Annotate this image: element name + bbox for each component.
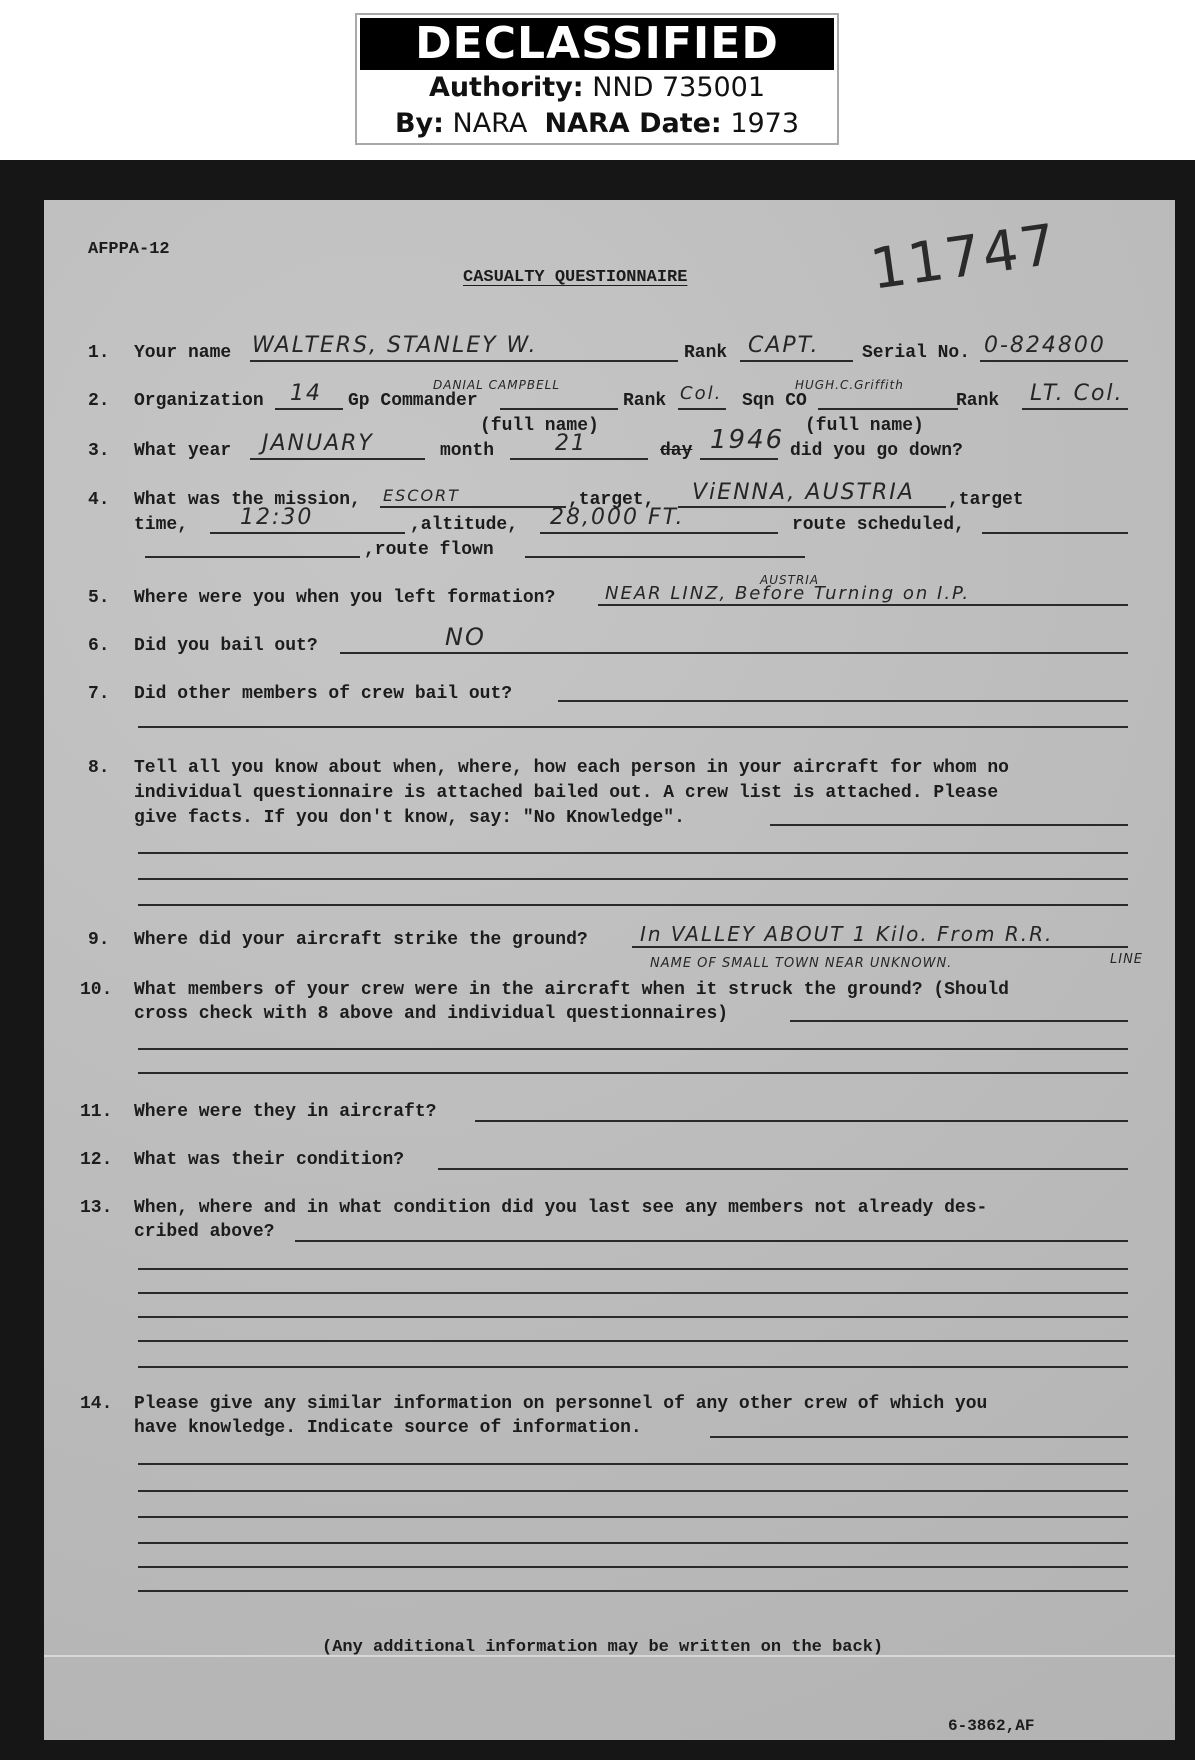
q3-day-line bbox=[700, 458, 778, 460]
q2-gp-commander-line bbox=[500, 408, 618, 410]
q13-text-line-2: cribed above? bbox=[134, 1222, 274, 1242]
q4-route-scheduled-line[interactable] bbox=[982, 532, 1128, 534]
q4-altitude-line bbox=[540, 532, 778, 534]
q10-text-line-2: cross check with 8 above and individual … bbox=[134, 1004, 728, 1024]
q4-altitude-label: ,altitude, bbox=[410, 515, 518, 535]
q14-line-1[interactable] bbox=[710, 1436, 1128, 1438]
q3-year-label: What year bbox=[134, 441, 231, 461]
q2-sqn-rank-value[interactable]: LT. Col. bbox=[1030, 382, 1124, 406]
q4-mission-value[interactable]: ESCORT bbox=[383, 484, 460, 508]
q10-number: 10. bbox=[80, 980, 112, 1000]
q9-annotation: NAME OF SMALL TOWN NEAR UNKNOWN. bbox=[650, 952, 952, 976]
q4-target-line bbox=[678, 506, 946, 508]
q3-day-value[interactable]: 1946 bbox=[710, 428, 784, 452]
q1-number: 1. bbox=[88, 343, 110, 363]
q13-line-3[interactable] bbox=[138, 1292, 1128, 1294]
q4-target-value[interactable]: ViENNA, AUSTRIA bbox=[692, 481, 915, 505]
q3-day-label: day bbox=[660, 441, 692, 461]
q6-line bbox=[340, 652, 1128, 654]
q3-month-value[interactable]: 21 bbox=[555, 432, 587, 456]
q7-line[interactable] bbox=[558, 700, 1128, 702]
q2-gp-commander-value[interactable]: DANIAL CAMPBELL bbox=[433, 373, 560, 397]
q9-answer[interactable]: In VALLEY ABOUT 1 Kilo. From R.R. bbox=[640, 922, 1053, 946]
q12-number: 12. bbox=[80, 1150, 112, 1170]
q12-line[interactable] bbox=[438, 1168, 1128, 1170]
q3-suffix: did you go down? bbox=[790, 441, 963, 461]
q4-route-flown-line[interactable] bbox=[525, 556, 805, 558]
q11-number: 11. bbox=[80, 1102, 112, 1122]
q2-gp-rank-value[interactable]: Col. bbox=[680, 382, 722, 406]
q4-route-scheduled-line-2[interactable] bbox=[145, 556, 360, 558]
q10-text-line-1: What members of your crew were in the ai… bbox=[134, 980, 1009, 1000]
date-label: NARA Date: bbox=[545, 108, 722, 139]
q10-line-2[interactable] bbox=[138, 1048, 1128, 1050]
q1-name-line bbox=[250, 360, 678, 362]
q7-line-2[interactable] bbox=[138, 726, 1128, 728]
q8-line-1[interactable] bbox=[770, 824, 1128, 826]
q7-label: Did other members of crew bail out? bbox=[134, 684, 512, 704]
q2-org-label: Organization bbox=[134, 391, 264, 411]
q8-line-3[interactable] bbox=[138, 878, 1128, 880]
q5-label: Where were you when you left formation? bbox=[134, 588, 555, 608]
q2-rank2-label: Rank bbox=[956, 391, 999, 411]
q4-time-value[interactable]: 12:30 bbox=[240, 506, 313, 530]
q7-number: 7. bbox=[88, 684, 110, 704]
q1-serial-label: Serial No. bbox=[862, 343, 970, 363]
q1-name-value[interactable]: WALTERS, STANLEY W. bbox=[252, 334, 537, 358]
q1-rank-line bbox=[740, 360, 853, 362]
q2-org-value[interactable]: 14 bbox=[290, 382, 322, 406]
form-title: CASUALTY QUESTIONNAIRE bbox=[463, 268, 687, 288]
q14-line-4[interactable] bbox=[138, 1516, 1128, 1518]
q8-line-4[interactable] bbox=[138, 904, 1128, 906]
q2-gp-rank-line bbox=[678, 408, 726, 410]
q11-label: Where were they in aircraft? bbox=[134, 1102, 436, 1122]
stamp-authority: Authority: NND 735001 bbox=[357, 70, 837, 106]
q8-text-line-3: give facts. If you don't know, say: "No … bbox=[134, 808, 685, 828]
q4-time-line bbox=[210, 532, 405, 534]
q4-altitude-value[interactable]: 28,000 FT. bbox=[550, 506, 684, 530]
declassified-stamp: DECLASSIFIED Authority: NND 735001 By: N… bbox=[355, 13, 839, 145]
q4-target-time-label: ,target bbox=[948, 490, 1024, 510]
q14-line-7[interactable] bbox=[138, 1590, 1128, 1592]
q3-month-line bbox=[510, 458, 648, 460]
q4-route-scheduled-label: route scheduled, bbox=[792, 515, 965, 535]
q14-text-line-1: Please give any similar information on p… bbox=[134, 1394, 987, 1414]
stamp-title: DECLASSIFIED bbox=[360, 18, 834, 70]
q1-rank-value[interactable]: CAPT. bbox=[748, 334, 820, 358]
q1-rank-label: Rank bbox=[684, 343, 727, 363]
q10-line-3[interactable] bbox=[138, 1072, 1128, 1074]
q1-name-label: Your name bbox=[134, 343, 231, 363]
q2-org-line bbox=[275, 408, 343, 410]
form-number: 6-3862,AF bbox=[948, 1716, 1034, 1736]
q13-line-1[interactable] bbox=[295, 1240, 1128, 1242]
q3-month-label: month bbox=[440, 441, 494, 461]
q8-text-line-1: Tell all you know about when, where, how… bbox=[134, 758, 1009, 778]
q3-year-value[interactable]: JANUARY bbox=[262, 432, 374, 456]
q9-line bbox=[632, 946, 1128, 948]
q8-line-2[interactable] bbox=[138, 852, 1128, 854]
q14-line-6[interactable] bbox=[138, 1566, 1128, 1568]
q2-number: 2. bbox=[88, 391, 110, 411]
authority-label: Authority: bbox=[429, 72, 584, 103]
q10-line-1[interactable] bbox=[790, 1020, 1128, 1022]
q2-full-name-hint-2: (full name) bbox=[805, 416, 924, 436]
footer-note: (Any additional information may be writt… bbox=[322, 1638, 883, 1658]
q14-line-5[interactable] bbox=[138, 1542, 1128, 1544]
q2-sqn-co-value[interactable]: HUGH.C.Griffith bbox=[795, 373, 904, 397]
authority-value: NND 735001 bbox=[592, 72, 765, 103]
q14-number: 14. bbox=[80, 1394, 112, 1414]
q1-serial-line bbox=[980, 360, 1128, 362]
q9-annotation-2: LINE bbox=[1110, 948, 1143, 972]
q5-line bbox=[598, 604, 1128, 606]
q12-label: What was their condition? bbox=[134, 1150, 404, 1170]
q9-number: 9. bbox=[88, 930, 110, 950]
q13-line-5[interactable] bbox=[138, 1340, 1128, 1342]
q8-number: 8. bbox=[88, 758, 110, 778]
by-label: By: bbox=[395, 108, 444, 139]
q3-year-line bbox=[250, 458, 425, 460]
q14-line-3[interactable] bbox=[138, 1490, 1128, 1492]
q13-number: 13. bbox=[80, 1198, 112, 1218]
q4-route-flown-label: ,route flown bbox=[364, 540, 494, 560]
q4-number: 4. bbox=[88, 490, 110, 510]
q6-number: 6. bbox=[88, 636, 110, 656]
q13-line-6[interactable] bbox=[138, 1366, 1128, 1368]
q8-text-line-2: individual questionnaire is attached bai… bbox=[134, 783, 998, 803]
q11-line[interactable] bbox=[475, 1120, 1128, 1122]
q2-rank-label: Rank bbox=[623, 391, 666, 411]
stamp-by-date: By: NARA NARA Date: 1973 bbox=[357, 106, 837, 142]
q9-label: Where did your aircraft strike the groun… bbox=[134, 930, 588, 950]
questionnaire-page bbox=[44, 200, 1175, 1740]
q14-text-line-2: have knowledge. Indicate source of infor… bbox=[134, 1418, 642, 1438]
q4-time-label: time, bbox=[134, 515, 188, 535]
q2-sqn-rank-line bbox=[1022, 408, 1128, 410]
date-value: 1973 bbox=[730, 108, 799, 139]
form-id: AFPPA-12 bbox=[88, 240, 170, 260]
q6-label: Did you bail out? bbox=[134, 636, 318, 656]
q13-line-2[interactable] bbox=[138, 1268, 1128, 1270]
q13-text-line-1: When, where and in what condition did yo… bbox=[134, 1198, 987, 1218]
by-value: NARA bbox=[453, 108, 528, 139]
q14-line-2[interactable] bbox=[138, 1463, 1128, 1465]
q1-serial-value[interactable]: 0-824800 bbox=[984, 334, 1106, 358]
q6-answer[interactable]: NO bbox=[445, 625, 486, 649]
q13-line-4[interactable] bbox=[138, 1316, 1128, 1318]
q2-sqn-co-line bbox=[818, 408, 958, 410]
q3-number: 3. bbox=[88, 441, 110, 461]
q5-number: 5. bbox=[88, 588, 110, 608]
q4-mission-line bbox=[380, 506, 566, 508]
q5-answer[interactable]: NEAR LINZ, Before Turning on I.P. bbox=[605, 582, 970, 606]
